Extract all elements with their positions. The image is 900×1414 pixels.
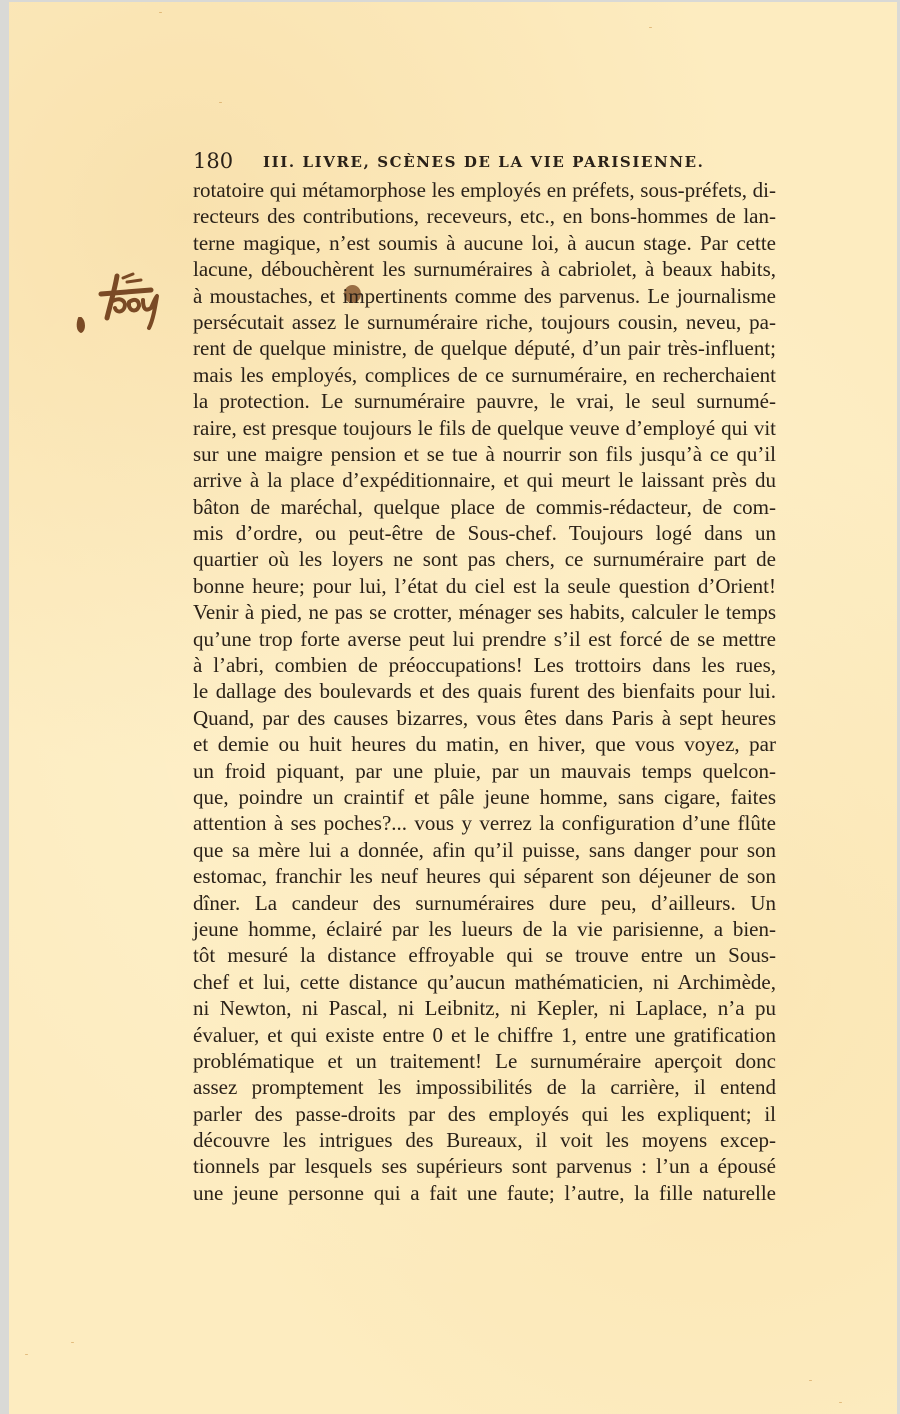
text-line: la protection. Le surnuméraire pauvre, l… bbox=[193, 388, 776, 414]
page-number: 180 bbox=[193, 148, 233, 174]
paper-speck bbox=[159, 12, 162, 13]
text-line: persécutait assez le surnuméraire riche,… bbox=[193, 309, 776, 335]
text-line: mis d’ordre, ou peut-être de Sous-chef. … bbox=[193, 520, 776, 546]
text-line: découvre les intrigues des Bureaux, il v… bbox=[193, 1127, 776, 1153]
paper-speck bbox=[71, 1342, 74, 1343]
text-line: rent de quelque ministre, de quelque dép… bbox=[193, 335, 776, 361]
text-line: bâton de maréchal, quelque place de comm… bbox=[193, 494, 776, 520]
text-line: qu’une trop forte averse peut lui prendr… bbox=[193, 626, 776, 652]
handwritten-margin-annotation bbox=[71, 268, 191, 338]
text-line: arrive à la place d’expéditionnaire, et … bbox=[193, 467, 776, 493]
running-head-title: III. LIVRE, SCÈNES DE LA VIE PARISIENNE. bbox=[263, 151, 705, 173]
text-line: chef et lui, cette distance qu’aucun mat… bbox=[193, 969, 776, 995]
paper-speck bbox=[25, 1354, 28, 1355]
body-text: rotatoire qui métamorphose les employés … bbox=[193, 177, 776, 1206]
handwritten-mark-icon bbox=[71, 268, 191, 338]
paper-speck bbox=[809, 1380, 812, 1381]
text-line: une jeune personne qui a fait une faute;… bbox=[193, 1180, 776, 1206]
text-line: le dallage des boulevards et des quais f… bbox=[193, 678, 776, 704]
text-line: ni Newton, ni Pascal, ni Leibnitz, ni Ke… bbox=[193, 995, 776, 1021]
text-line: que sa mère lui a donnée, afin qu’il pui… bbox=[193, 837, 776, 863]
text-line: dîner. La candeur des surnuméraires dure… bbox=[193, 890, 776, 916]
text-line: attention à ses poches?... vous y verrez… bbox=[193, 810, 776, 836]
text-line: jeune homme, éclairé par les lueurs de l… bbox=[193, 916, 776, 942]
text-line: un froid piquant, par une pluie, par un … bbox=[193, 758, 776, 784]
text-line: tionnels par lesquels ses supérieurs son… bbox=[193, 1153, 776, 1179]
running-header: 180 III. LIVRE, SCÈNES DE LA VIE PARISIE… bbox=[193, 148, 773, 174]
text-line: que, poindre un craintif et pâle jeune h… bbox=[193, 784, 776, 810]
text-line: assez promptement les impossibilités de … bbox=[193, 1074, 776, 1100]
paper-speck bbox=[649, 27, 652, 28]
text-line: et demie ou huit heures du matin, en hiv… bbox=[193, 731, 776, 757]
text-line: quartier où les loyers ne sont pas chers… bbox=[193, 546, 776, 572]
text-line: tôt mesuré la distance effroyable qui se… bbox=[193, 942, 776, 968]
text-line: à moustaches, et impertinents comme des … bbox=[193, 283, 776, 309]
text-line: raire, est presque toujours le fils de q… bbox=[193, 415, 776, 441]
text-line: Venir à pied, ne pas se crotter, ménager… bbox=[193, 599, 776, 625]
text-line: bonne heure; pour lui, l’état du ciel es… bbox=[193, 573, 776, 599]
text-line: problématique et un traitement! Le surnu… bbox=[193, 1048, 776, 1074]
text-line: à l’abri, combien de préoccupations! Les… bbox=[193, 652, 776, 678]
text-line: sur une maigre pension et se tue à nourr… bbox=[193, 441, 776, 467]
text-line: mais les employés, complices de ce surnu… bbox=[193, 362, 776, 388]
text-line: Quand, par des causes bizarres, vous ête… bbox=[193, 705, 776, 731]
text-line: parler des passe-droits par des employés… bbox=[193, 1101, 776, 1127]
text-line: terne magique, n’est soumis à aucune loi… bbox=[193, 230, 776, 256]
text-line: évaluer, et qui existe entre 0 et le chi… bbox=[193, 1022, 776, 1048]
paper-speck bbox=[219, 102, 222, 103]
text-line: rotatoire qui métamorphose les employés … bbox=[193, 177, 776, 203]
text-line: lacune, débouchèrent les surnuméraires à… bbox=[193, 256, 776, 282]
paper-speck bbox=[839, 1402, 842, 1403]
text-line: recteurs des contributions, receveurs, e… bbox=[193, 203, 776, 229]
text-line: estomac, franchir les neuf heures qui sé… bbox=[193, 863, 776, 889]
